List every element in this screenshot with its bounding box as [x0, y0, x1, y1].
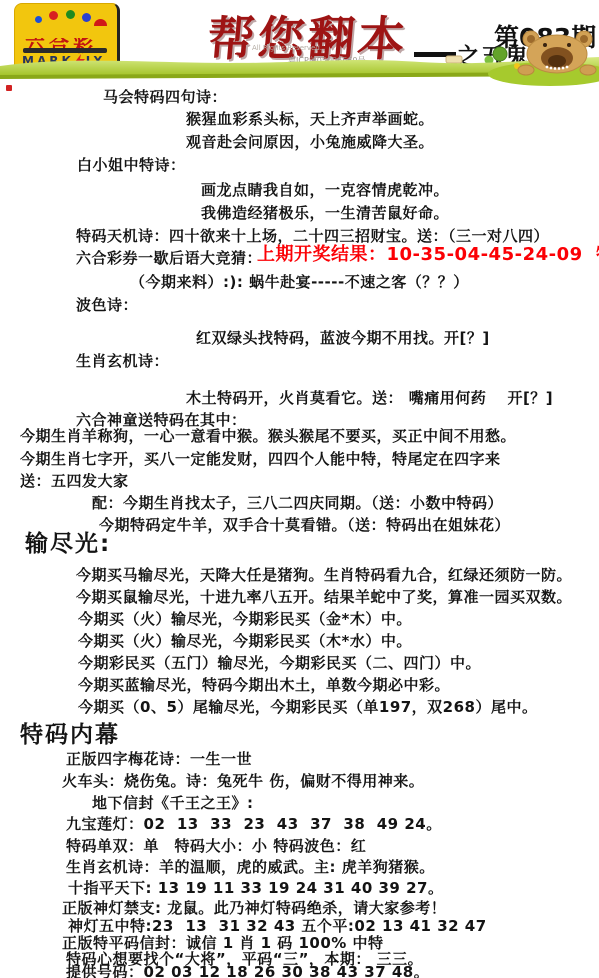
poem-line: 我佛造经猪极乐，一生清苦鼠好命。	[201, 204, 449, 222]
body-line: 今期彩民买（五门）输尽光，今期彩民买（二、四门）中。	[78, 654, 481, 672]
logo-dot-blue-icon	[35, 16, 42, 23]
logo-dot-green-icon	[66, 10, 75, 19]
poem-line: 观音赴会问原因，小兔施威降大圣。	[186, 133, 434, 151]
heading-shujinguang: 输尽光:	[25, 531, 111, 559]
body-line: 配：今期生肖找太子，三八二四庆同期。（送：小数中特码）	[92, 494, 503, 512]
label-mahui-tema-poem: 马会特码四句诗：	[103, 88, 227, 106]
info-line: 地下信封《千王之王》:	[92, 794, 254, 812]
heading-tema-neimu: 特码内幕	[20, 722, 120, 750]
body-line: 今期买马输尽光，天降大任是猪狗。生肖特码看九合，红绿还须防一防。	[76, 566, 572, 584]
body-line: 今期买蓝输尽光，特码今期出木土，单数今期必中彩。	[78, 676, 450, 694]
info-line: 特码单双：单 特码大小：小 特码波色：红	[66, 837, 366, 855]
grass-band-graphic	[0, 30, 599, 86]
info-line: 正版神灯禁支: 龙鼠。此乃神灯特码绝杀，请大家参考！	[62, 899, 446, 917]
label-bose-poem: 波色诗：	[76, 296, 138, 314]
previous-draw-result: 上期开奖结果：10-35-04-45-24-09 特34	[257, 240, 599, 266]
body-line: 今期生肖羊称狗，一心一意看中猴。猴头猴尾不要买，买正中间不用愁。	[20, 427, 516, 445]
info-line: 提供号码：02 03 12 18 26 30 38 43 37 48。	[66, 963, 429, 978]
info-line: 火车头：烧伤兔。诗：兔死牛 伤，偏财不得用神来。	[62, 772, 424, 790]
label-baixiaojie-poem: 白小姐中特诗：	[77, 156, 186, 174]
label-xiehouyu: 六合彩券一歇后语大竞猜：	[76, 249, 262, 267]
info-line: 十指平天下: 13 19 11 33 19 24 31 40 39 27。	[68, 879, 443, 897]
body-line: 今期生肖七字开，买八一定能发财，四四个人能中特，特尾定在四字来	[20, 450, 501, 468]
label-shengxiao-poem: 生肖玄机诗：	[76, 352, 169, 370]
info-line: 神灯五中特:23 13 31 32 43 五个平:02 13 41 32 47	[68, 917, 487, 935]
poem-line: 画龙点睛我自如，一克容情虎乾冲。	[201, 181, 449, 199]
logo-dot-red-icon	[49, 11, 58, 20]
poem-line: 木土特码开，火肖莫看它。送： 嘴痛用何药 开[？]	[186, 389, 553, 407]
body-line: 今期买（火）输尽光，今期彩民买（金*木）中。	[78, 610, 412, 628]
body-line: 今期买鼠输尽光，十进九率八五开。结果羊蛇中了奖，算准一园买双数。	[76, 588, 572, 606]
info-line: 九宝莲灯：02 13 33 23 43 37 38 49 24。	[66, 815, 442, 833]
header-banner: 六合彩 MARK IX 帮您翻本 之五鬼 第083期 All Rights Re…	[0, 0, 599, 86]
bear-icon	[518, 31, 596, 75]
page: 六合彩 MARK IX 帮您翻本 之五鬼 第083期 All Rights Re…	[0, 0, 599, 978]
body-line: 送：五四发大家	[20, 472, 129, 490]
poem-line: 猴猩血彩系头标，天上齐声举画蛇。	[186, 110, 434, 128]
logo-dot-blue2-icon	[82, 13, 91, 22]
body-line: 今期特码定牛羊，双手合十莫看错。（送：特码出在姐妹花）	[99, 516, 510, 534]
info-line: 正版四字梅花诗：一生一世	[66, 750, 252, 768]
body-line: 今期买（0、5）尾输尽光，今期彩民买（单197，双268）尾中。	[78, 698, 538, 716]
body-line: 今期买（火）输尽光，今期彩民买（木*水）中。	[78, 632, 412, 650]
red-fleck-mark	[6, 85, 12, 91]
info-line: 生肖玄机诗：羊的温顺，虎的威武。主: 虎羊狗猪猴。	[66, 858, 435, 876]
poem-line: 红双绿头找特码，蓝波今期不用找。开[？]	[196, 329, 490, 347]
line-laici: （今期来料）:): 蜗牛赴宴-----不速之客（？？）	[130, 273, 469, 291]
